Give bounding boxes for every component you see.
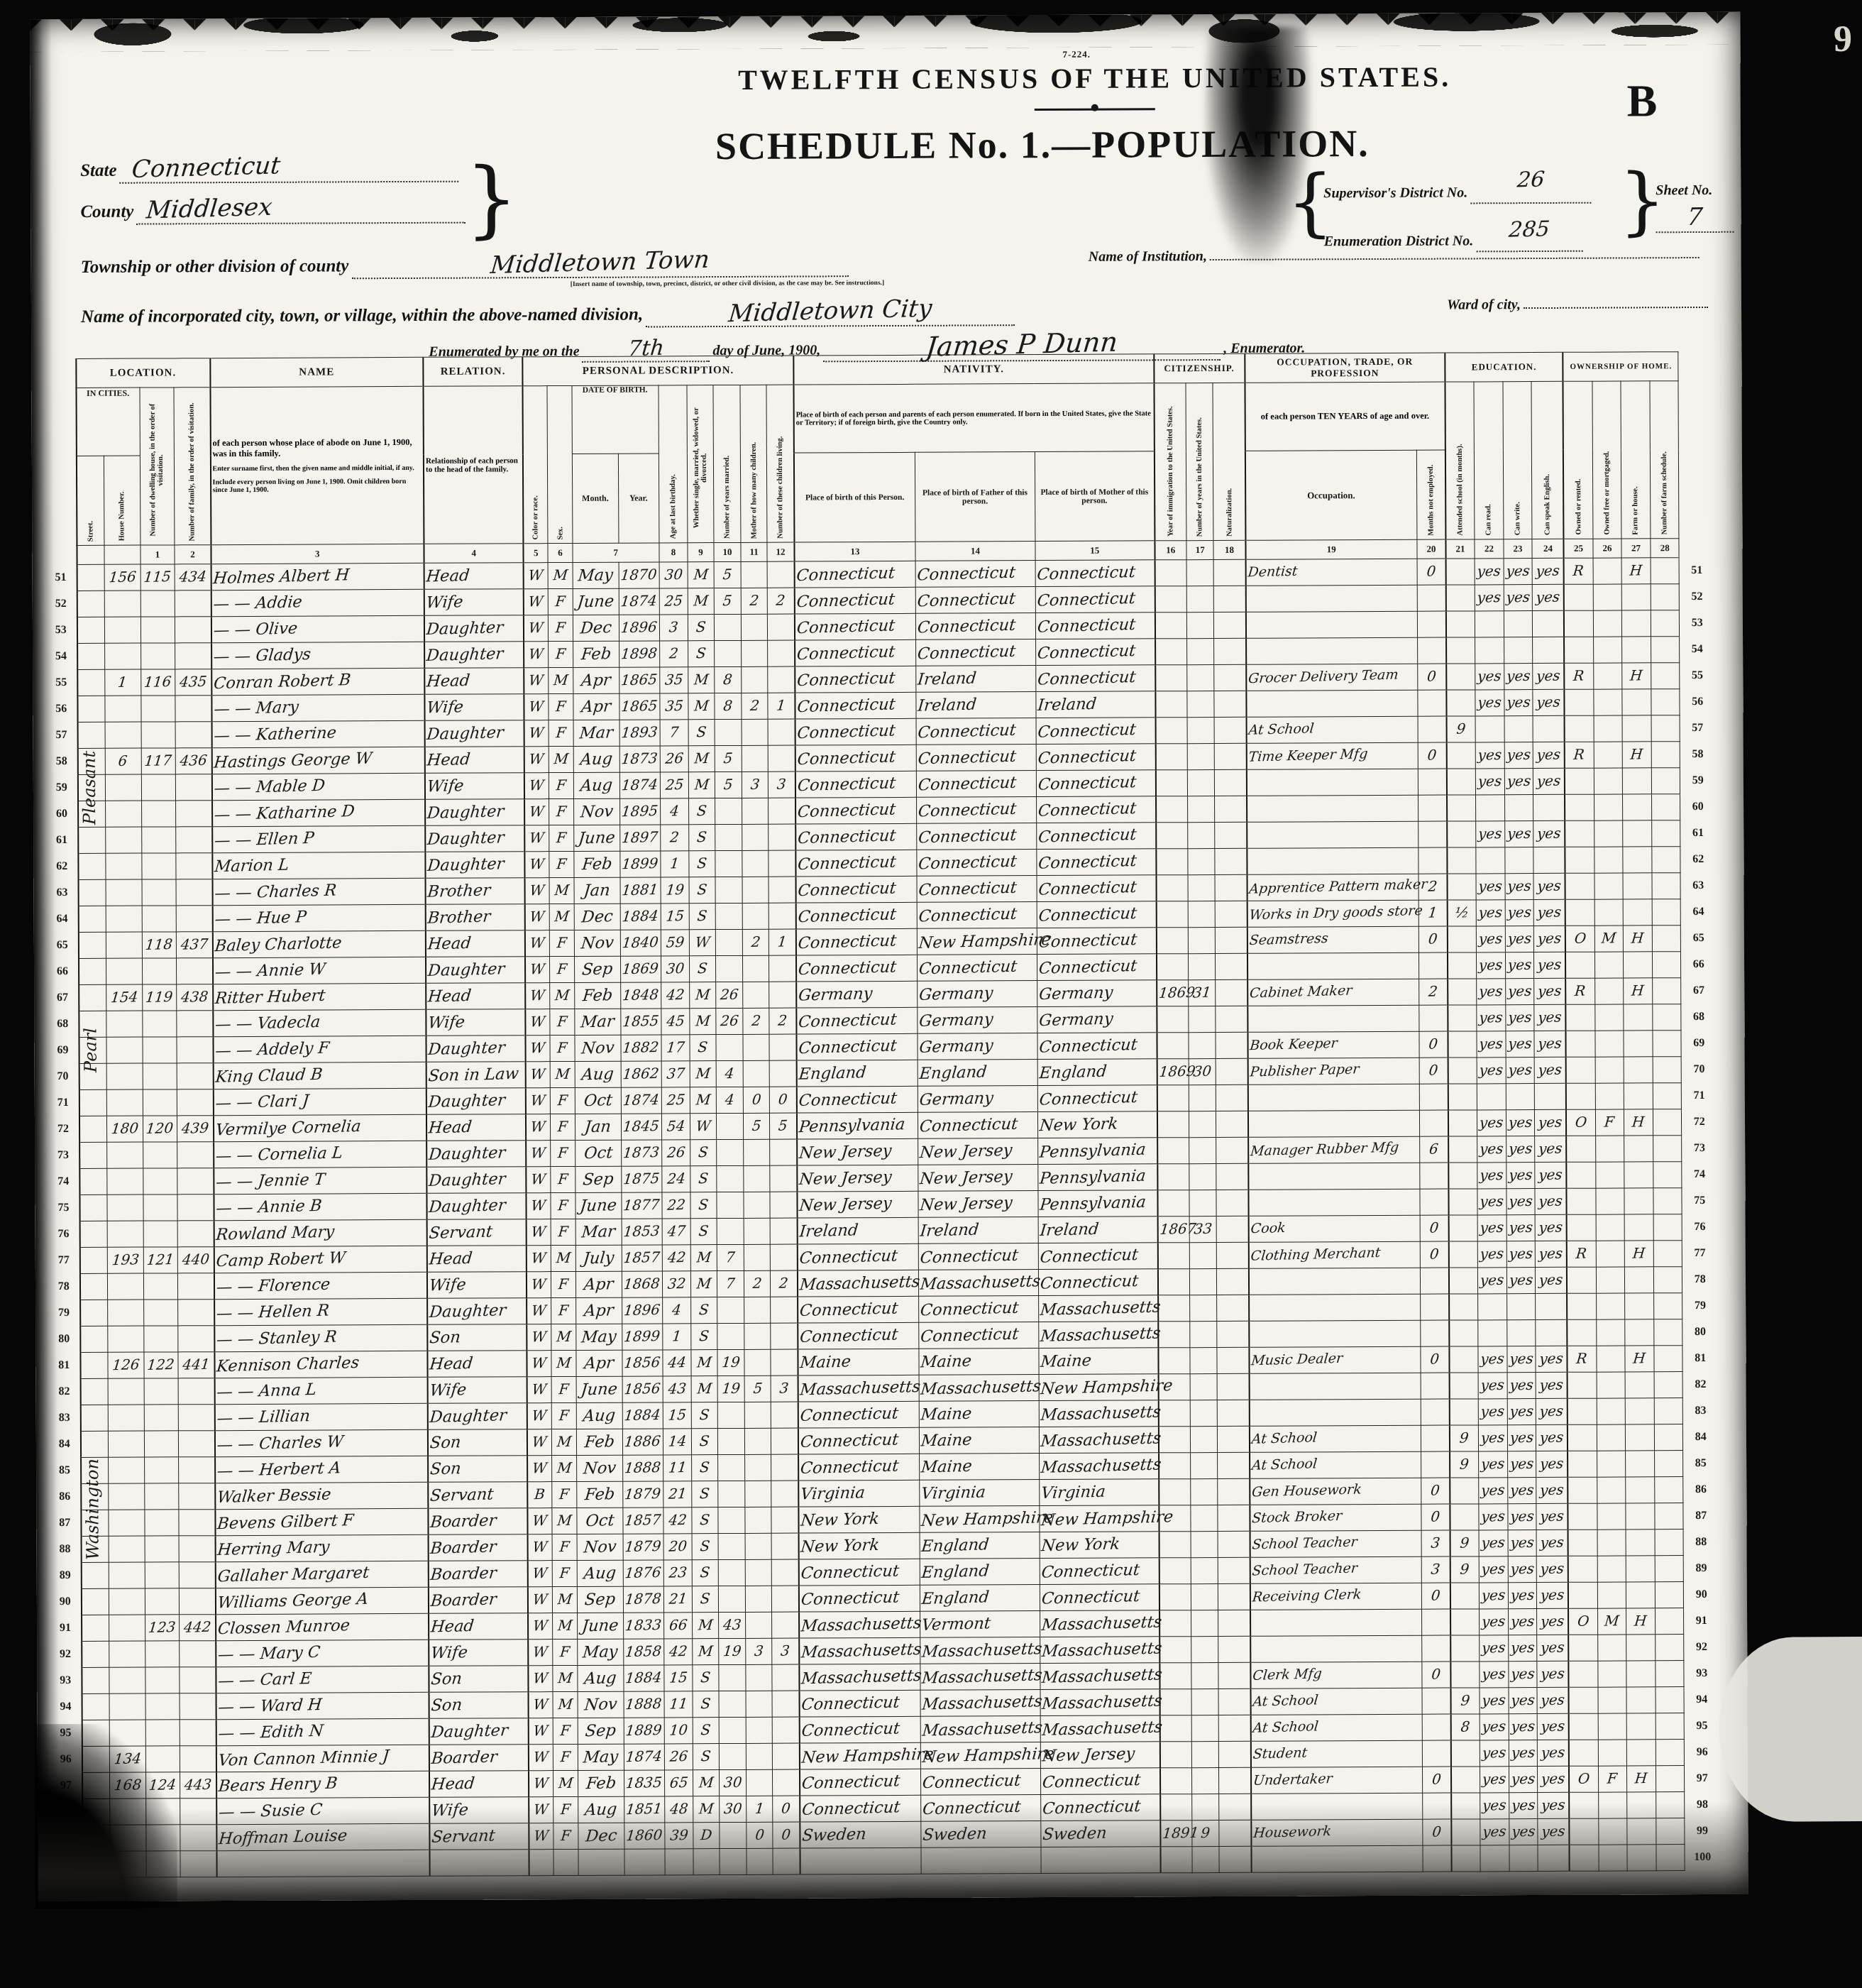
cell-birthplace: Connecticut	[796, 617, 896, 636]
row-number-right: 59	[1682, 774, 1714, 787]
cell-occupation: Works in Dry goods store	[1248, 904, 1423, 923]
cell-occupation: Grocer Delivery Team	[1247, 668, 1399, 686]
cell-marital: S	[699, 1434, 710, 1448]
cell-age: 2	[668, 646, 679, 660]
cell-can_speak_english: yes	[1541, 1692, 1565, 1707]
cell-marital: S	[698, 1171, 710, 1185]
cell-color: W	[528, 568, 544, 583]
cell-age: 42	[668, 1512, 687, 1527]
cell-owned_rented: O	[1575, 1115, 1587, 1129]
cell-marital: M	[693, 593, 709, 608]
cell-farm_or_house: H	[1629, 563, 1643, 577]
cell-name: — — Addie	[212, 594, 302, 613]
cell-owned_rented: R	[1575, 1246, 1587, 1261]
cell-color: W	[531, 1224, 547, 1239]
cell-birthplace: Connecticut	[797, 749, 897, 767]
cell-mother_birthplace: Connecticut	[1037, 826, 1137, 845]
row-number-right: 62	[1682, 853, 1714, 866]
title-ornament	[1035, 108, 1155, 111]
cell-can_speak_english: yes	[1540, 1508, 1565, 1523]
cell-age: 66	[668, 1618, 688, 1632]
cell-birthplace: Connecticut	[800, 1694, 900, 1713]
cell-marital: S	[698, 1224, 710, 1238]
cell-mother_birthplace: Massachusetts	[1041, 1719, 1163, 1738]
cell-birthplace: Connecticut	[798, 933, 898, 951]
cell-age: 42	[666, 987, 685, 1002]
corner-page-number: 9	[1834, 18, 1852, 60]
cell-father_birthplace: Connecticut	[920, 1326, 1020, 1344]
cell-name: — — Anna L	[216, 1381, 317, 1400]
cell-birth_year: 1873	[622, 1145, 660, 1160]
cell-mother_birthplace: Massachusetts	[1040, 1456, 1162, 1476]
cell-birthplace: New Jersey	[798, 1169, 893, 1187]
cell-sex: M	[554, 988, 570, 1003]
cell-color: W	[529, 909, 546, 924]
cell-age: 30	[666, 961, 685, 976]
cell-immigration_year: 1869	[1158, 1064, 1196, 1079]
cell-years_married: 5	[723, 751, 734, 765]
cell-dwelling: 118	[145, 937, 173, 952]
cell-months_not_employed: 0	[1430, 1351, 1440, 1366]
cell-age: 25	[664, 593, 683, 608]
cell-birth_year: 1862	[622, 1066, 660, 1081]
cell-age: 4	[669, 803, 680, 818]
cell-children_born: 2	[751, 1014, 761, 1028]
cell-sex: F	[558, 1224, 569, 1239]
cell-owned_rented: O	[1574, 931, 1587, 945]
cell-can_read: yes	[1482, 1666, 1506, 1681]
cell-can_write: yes	[1509, 1483, 1534, 1498]
cell-name: Vermilye Cornelia	[214, 1118, 361, 1138]
cell-marital: W	[695, 1119, 712, 1133]
cell-relation: Head	[428, 1119, 473, 1136]
cell-father_birthplace: New Hampshire	[922, 1745, 1055, 1765]
cell-relation: Wife	[426, 594, 464, 611]
cell-occupation: Receiving Clerk	[1252, 1588, 1362, 1604]
cell-father_birthplace: New Hampshire	[918, 931, 1052, 951]
cell-name: Herring Mary	[216, 1539, 330, 1558]
cell-relation: Head	[429, 1250, 473, 1267]
cell-sex: M	[556, 1513, 572, 1528]
cell-occupation: Gen Housework	[1251, 1483, 1362, 1499]
cell-relation: Boarder	[429, 1512, 497, 1530]
cell-can_read: yes	[1477, 774, 1502, 789]
cell-name: King Claud B	[214, 1066, 323, 1085]
cell-name: Baley Charlotte	[214, 935, 342, 954]
cell-relation: Daughter	[428, 1092, 506, 1110]
cell-age: 44	[667, 1355, 686, 1370]
cell-birth_year: 1865	[620, 672, 658, 687]
cell-sex: M	[553, 752, 569, 767]
row-number-right: 78	[1684, 1273, 1716, 1286]
cell-color: W	[528, 620, 544, 635]
cell-occupation: Apprentice Pattern maker	[1248, 878, 1428, 896]
cell-attended_school: 9	[1460, 1693, 1471, 1707]
cell-birth_year: 1874	[625, 1749, 663, 1764]
cell-color: W	[530, 1014, 546, 1029]
cell-sex: F	[556, 804, 567, 818]
cell-attended_school: 9	[1460, 1535, 1470, 1549]
row-number-right: 92	[1686, 1641, 1718, 1654]
city-value: Middletown City	[727, 294, 933, 328]
cell-dwelling: 116	[144, 674, 172, 689]
cell-birthplace: Ireland	[799, 1222, 859, 1240]
cell-can_write: yes	[1505, 564, 1530, 578]
cell-sex: F	[557, 1093, 568, 1107]
census-title: TWELFTH CENSUS OF THE UNITED STATES.	[499, 59, 1691, 97]
cell-can_read: yes	[1480, 1430, 1505, 1445]
cell-can_read: yes	[1480, 1220, 1504, 1235]
cell-birth_month: Feb	[584, 1486, 615, 1503]
cell-attended_school: 9	[1459, 1430, 1470, 1444]
row-number-right: 61	[1682, 827, 1714, 840]
cell-birth_month: Sep	[582, 1171, 614, 1188]
row-number-right: 51	[1681, 564, 1713, 577]
cell-father_birthplace: Connecticut	[920, 1247, 1020, 1265]
cell-name: — — Herbert A	[216, 1460, 341, 1479]
cell-father_birthplace: Massachusetts	[921, 1667, 1043, 1686]
cell-sex: F	[560, 1750, 571, 1764]
cell-sex: F	[560, 1723, 571, 1737]
torn-edge	[30, 12, 1740, 53]
cell-months_not_employed: 2	[1428, 879, 1438, 893]
cell-sex: F	[557, 1119, 568, 1133]
group-personal: PERSONAL DESCRIPTION.	[523, 356, 794, 386]
cell-family: 436	[180, 753, 208, 768]
cell-age: 25	[666, 1092, 685, 1107]
col-immigration-year: Year of immigration to the United States…	[1154, 383, 1186, 541]
cell-name: Gallaher Margaret	[216, 1564, 370, 1584]
cell-can_speak_english: yes	[1538, 1219, 1563, 1234]
cell-birth_month: Apr	[580, 672, 612, 689]
cell-can_speak_english: yes	[1536, 747, 1561, 762]
cell-can_write: yes	[1509, 1404, 1534, 1419]
cell-family: 440	[182, 1252, 210, 1267]
cell-age: 26	[666, 1145, 685, 1160]
cell-color: W	[531, 1172, 547, 1187]
row-number-right: 65	[1682, 932, 1714, 945]
row-number-right: 64	[1682, 906, 1714, 918]
cell-can_read: yes	[1480, 1168, 1504, 1182]
cell-age: 37	[666, 1066, 685, 1081]
cell-farm_or_house: H	[1630, 668, 1643, 682]
cell-can_speak_english: yes	[1541, 1718, 1565, 1733]
cell-name: Kennison Charles	[216, 1354, 360, 1374]
cell-can_read: yes	[1479, 1010, 1504, 1025]
cell-marital: S	[697, 908, 708, 923]
cell-can_speak_english: yes	[1538, 1272, 1563, 1287]
cell-sex: F	[556, 699, 567, 713]
cell-mother_birthplace: Connecticut	[1037, 642, 1137, 661]
cell-birthplace: New Jersey	[798, 1143, 893, 1161]
cell-sex: F	[557, 1040, 568, 1055]
cell-house: 156	[108, 569, 136, 584]
cell-marital: M	[693, 567, 708, 582]
cell-age: 54	[666, 1119, 685, 1133]
cell-name: — — Addely F	[214, 1040, 330, 1059]
cell-relation: Wife	[429, 1277, 467, 1294]
cell-birth_month: July	[583, 1250, 615, 1267]
cell-marital: M	[695, 1066, 710, 1081]
cell-can_read: yes	[1482, 1719, 1506, 1734]
cell-color: W	[532, 1566, 549, 1581]
cell-mother_birthplace: Connecticut	[1038, 1089, 1138, 1107]
cell-name: Williams George A	[216, 1591, 368, 1610]
cell-farm_or_house: H	[1634, 1613, 1647, 1627]
cell-birthplace: Connecticut	[796, 644, 896, 662]
cell-months_not_employed: 0	[1426, 564, 1437, 578]
col-month: Month.	[572, 454, 619, 543]
cell-marital: S	[700, 1749, 712, 1763]
cell-age: 35	[664, 698, 683, 713]
cell-can_write: yes	[1507, 1010, 1532, 1025]
cell-can_speak_english: yes	[1536, 773, 1561, 788]
cell-relation: Wife	[426, 699, 464, 716]
cell-years_married: 5	[722, 567, 733, 581]
cell-marital: S	[700, 1565, 711, 1579]
bottom-fade	[38, 1802, 1748, 1902]
cell-years_married: 7	[725, 1250, 736, 1264]
cell-color: W	[529, 752, 545, 767]
cell-father_birthplace: Connecticut	[918, 958, 1018, 977]
cell-family: 441	[182, 1357, 210, 1372]
street-name-label: Washington	[77, 1378, 109, 1641]
cell-months_not_employed: 2	[1428, 984, 1438, 998]
cell-family: 443	[184, 1777, 212, 1792]
cell-birth_month: June	[581, 1618, 619, 1635]
cell-can_speak_english: yes	[1539, 1377, 1564, 1392]
cell-father_birthplace: England	[921, 1563, 990, 1581]
cell-months_not_employed: 3	[1431, 1561, 1441, 1576]
cell-birth_month: May	[580, 1329, 617, 1346]
row-number-right: 67	[1683, 984, 1715, 997]
cell-marital: M	[698, 1775, 714, 1790]
cell-can_write: yes	[1508, 1115, 1533, 1130]
cell-color: W	[531, 1251, 547, 1265]
cell-mother_birthplace: New York	[1040, 1536, 1120, 1554]
cell-birth_month: Aug	[581, 1066, 615, 1083]
cell-can_speak_english: yes	[1538, 1193, 1563, 1208]
cell-color: W	[529, 778, 545, 793]
cell-birth_month: June	[580, 1381, 619, 1398]
cell-father_birthplace: Massachusetts	[920, 1273, 1042, 1292]
cell-mother_birthplace: Massachusetts	[1040, 1404, 1162, 1423]
cell-children_living: 2	[777, 1013, 788, 1027]
cell-marital: M	[694, 751, 710, 766]
cell-age: 47	[666, 1224, 685, 1239]
cell-can_write: yes	[1506, 879, 1531, 894]
cell-birth_year: 1882	[622, 1040, 660, 1055]
cell-birth_month: Aug	[580, 751, 613, 768]
cell-color: W	[529, 935, 546, 950]
cell-relation: Wife	[429, 1382, 468, 1399]
cell-name: Holmes Albert H	[212, 567, 350, 587]
sheet-no-value: 7	[1686, 203, 1704, 232]
cell-occupation: Dentist	[1247, 565, 1298, 580]
state-county-brace: }	[465, 149, 519, 247]
nativity-note: Place of birth of each person and parent…	[793, 383, 1154, 453]
cell-name: — — Hue P	[214, 909, 307, 928]
cell-color: W	[529, 830, 546, 845]
cell-father_birthplace: Maine	[920, 1353, 972, 1370]
cell-birth_month: Jan	[583, 882, 611, 899]
cell-mother_birthplace: Connecticut	[1036, 616, 1136, 635]
cell-birth_month: Mar	[579, 725, 614, 742]
cell-birth_month: Apr	[583, 1276, 615, 1293]
cell-color: W	[533, 1644, 549, 1659]
col-attended-school: Attended school (in months).	[1445, 382, 1475, 539]
cell-can_speak_english: yes	[1538, 1009, 1563, 1024]
cell-occupation: Undertaker	[1252, 1772, 1333, 1788]
cell-owned_rented: R	[1573, 747, 1585, 762]
cell-farm_or_house: H	[1630, 747, 1643, 761]
cell-mother_birthplace: New Jersey	[1041, 1746, 1135, 1764]
cell-age: 21	[668, 1486, 687, 1501]
cell-father_birthplace: Connecticut	[917, 617, 1017, 635]
cell-color: W	[530, 962, 546, 977]
cell-sex: M	[556, 1434, 572, 1449]
cell-age: 17	[666, 1040, 685, 1055]
cell-can_read: yes	[1480, 1194, 1504, 1209]
cell-months_not_employed: 0	[1429, 1220, 1440, 1234]
cell-birth_month: Jan	[584, 1119, 612, 1136]
street-name-label: Pearl	[75, 984, 106, 1116]
row-number-right: 55	[1682, 669, 1714, 682]
group-citizenship: CITIZENSHIP.	[1154, 353, 1245, 383]
cell-father_birthplace: Virginia	[920, 1484, 986, 1502]
cell-birthplace: Connecticut	[800, 1589, 900, 1608]
cell-dwelling: 117	[144, 753, 172, 768]
cell-can_write: yes	[1508, 1141, 1533, 1156]
cell-birth_year: 1899	[622, 856, 659, 871]
cell-father_birthplace: Connecticut	[922, 1772, 1022, 1791]
left-edge-shadow	[30, 19, 60, 1901]
cell-birth_month: Apr	[583, 1302, 615, 1319]
col-sex: Sex.	[547, 385, 572, 543]
cell-father_birthplace: Connecticut	[918, 906, 1018, 924]
cell-mother_birthplace: Connecticut	[1040, 1588, 1140, 1606]
cell-age: 65	[669, 1775, 688, 1790]
cell-owned_rented: R	[1575, 984, 1587, 998]
cell-sex: F	[556, 962, 568, 976]
cell-marital: S	[696, 830, 707, 844]
cell-attended_school: 8	[1460, 1719, 1471, 1733]
cell-can_speak_english: yes	[1538, 1036, 1563, 1050]
cell-birthplace: Virginia	[800, 1485, 866, 1503]
cell-birth_year: 1857	[624, 1512, 662, 1527]
cell-sex: F	[558, 1198, 569, 1212]
cell-color: W	[529, 857, 546, 872]
cell-marital: S	[697, 882, 708, 896]
cell-relation: Son	[430, 1671, 463, 1688]
cell-relation: Daughter	[426, 803, 505, 821]
cell-months_not_employed: 0	[1428, 1036, 1439, 1050]
cell-color: B	[534, 1487, 546, 1501]
cell-years_in_us: 31	[1192, 985, 1211, 1000]
cell-can_write: yes	[1509, 1351, 1533, 1366]
cell-can_write: yes	[1510, 1640, 1535, 1655]
cell-birthplace: Connecticut	[797, 801, 897, 820]
cell-father_birthplace: Maine	[920, 1405, 973, 1422]
cell-relation: Daughter	[426, 620, 504, 637]
cell-marital: M	[696, 1355, 712, 1370]
cell-birthplace: Connecticut	[801, 1720, 901, 1739]
cell-birthplace: New Hampshire	[801, 1746, 935, 1766]
cell-birth_year: 1853	[623, 1224, 661, 1239]
cell-birth_month: Feb	[584, 1434, 615, 1451]
cell-can_speak_english: yes	[1541, 1771, 1565, 1786]
row-number-right: 68	[1683, 1011, 1715, 1023]
cell-sex: F	[555, 594, 566, 608]
scan-flare	[1719, 1637, 1862, 1822]
cell-age: 30	[663, 567, 683, 582]
cell-can_write: yes	[1506, 747, 1531, 762]
state-value: Connecticut	[131, 151, 282, 184]
cell-father_birthplace: Ireland	[917, 670, 977, 688]
cell-relation: Daughter	[428, 1171, 506, 1189]
census-rows: 51156115434Holmes Albert HHeadWMMay18703…	[45, 557, 1720, 1877]
cell-months_not_employed: 0	[1427, 747, 1438, 762]
cell-mother_birthplace: Connecticut	[1037, 879, 1137, 897]
township-label: Township or other division of county	[81, 256, 349, 277]
cell-occupation: Student	[1252, 1747, 1308, 1762]
cell-relation: Wife	[427, 1014, 465, 1031]
cell-age: 26	[669, 1749, 688, 1764]
cell-age: 42	[667, 1250, 686, 1265]
cell-color: W	[533, 1723, 549, 1738]
cell-birthplace: Connecticut	[799, 1300, 899, 1319]
cell-birth_month: Feb	[581, 856, 612, 873]
cell-can_read: yes	[1480, 1246, 1504, 1261]
cell-color: W	[530, 1040, 546, 1055]
cell-mother_birthplace: Germany	[1038, 1011, 1113, 1028]
institution-label: Name of Institution,	[1089, 248, 1207, 265]
cell-can_write: yes	[1507, 957, 1532, 972]
group-name: NAME	[210, 357, 424, 387]
cell-children_born: 3	[754, 1644, 764, 1658]
cell-relation: Boarder	[430, 1565, 497, 1583]
cell-mother_birthplace: Ireland	[1039, 1221, 1099, 1239]
cell-relation: Son	[429, 1461, 462, 1478]
cell-birth_year: 1873	[621, 751, 659, 766]
cell-relation: Boarder	[430, 1539, 497, 1556]
cell-relation: Daughter	[427, 1040, 505, 1058]
cell-sex: F	[559, 1644, 571, 1659]
cell-color: W	[529, 673, 545, 688]
cell-name: — — Edith N	[217, 1723, 324, 1742]
cell-birth_year: 1848	[622, 987, 659, 1002]
cell-birthplace: Connecticut	[797, 828, 897, 846]
cell-relation: Daughter	[428, 1197, 506, 1215]
cell-father_birthplace: Germany	[918, 985, 993, 1003]
cell-marital: M	[695, 1014, 710, 1028]
cell-birth_year: 1845	[622, 1119, 660, 1133]
cell-birth_year: 1877	[623, 1197, 661, 1212]
cell-father_birthplace: Germany	[918, 1038, 993, 1055]
cell-birth_month: Aug	[583, 1565, 617, 1582]
cell-relation: Son	[429, 1434, 462, 1451]
cell-birth_month: Feb	[582, 987, 613, 1004]
cell-birthplace: Connecticut	[796, 696, 896, 715]
row-number-right: 63	[1682, 879, 1714, 892]
cell-birthplace: Connecticut	[800, 1405, 900, 1424]
cell-can_write: yes	[1511, 1745, 1536, 1760]
cell-age: 21	[668, 1591, 688, 1606]
cell-can_speak_english: yes	[1536, 694, 1561, 709]
col-occupation: Occupation.	[1245, 450, 1417, 540]
form-number: 7-224.	[1062, 49, 1091, 60]
cell-can_read: yes	[1481, 1588, 1506, 1603]
